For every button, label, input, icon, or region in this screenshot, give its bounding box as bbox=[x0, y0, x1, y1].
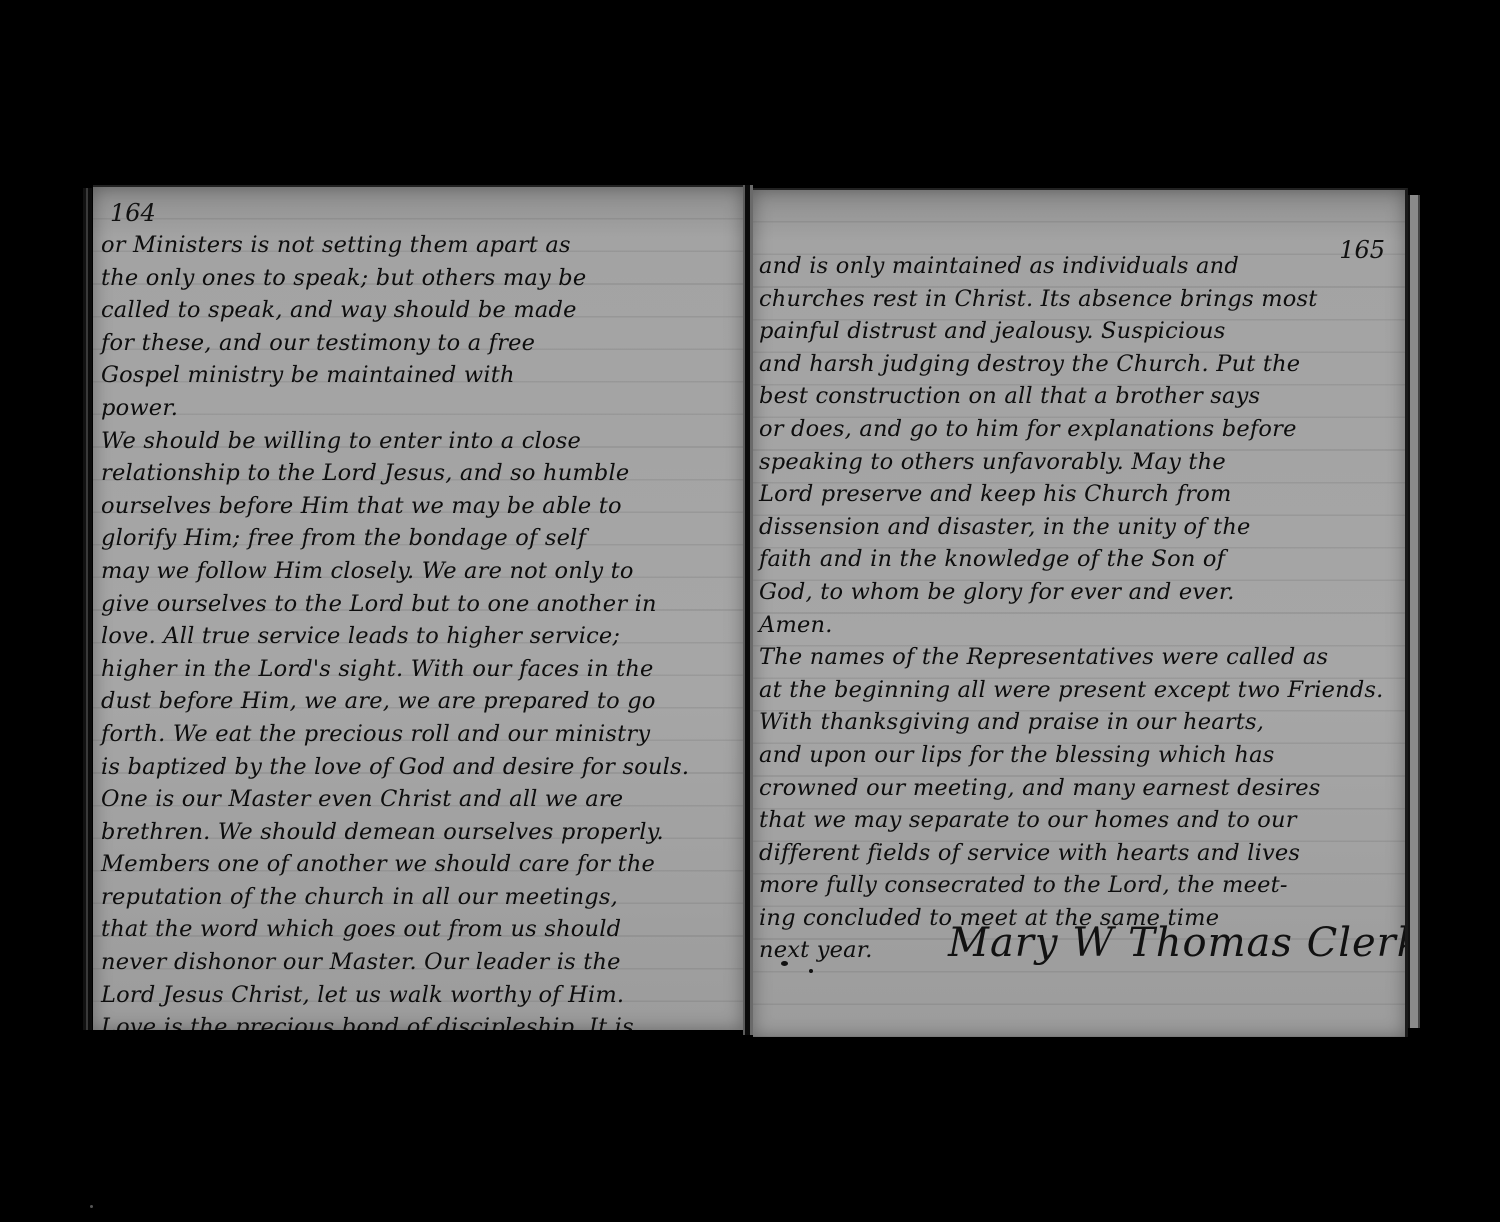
book-gutter bbox=[743, 185, 753, 1035]
text-line: and upon our lips for the blessing which… bbox=[759, 739, 1399, 772]
text-line: may we follow Him closely. We are not on… bbox=[101, 555, 737, 588]
text-line: or does, and go to him for explanations … bbox=[759, 413, 1399, 446]
text-line: churches rest in Christ. Its absence bri… bbox=[759, 283, 1399, 316]
text-line: called to speak, and way should be made bbox=[101, 294, 737, 327]
text-line: forth. We eat the precious roll and our … bbox=[101, 718, 737, 751]
text-line: Gospel ministry be maintained with bbox=[101, 359, 737, 392]
text-line: and is only maintained as individuals an… bbox=[759, 250, 1399, 283]
text-line: dust before Him, we are, we are prepared… bbox=[101, 685, 737, 718]
text-line: crowned our meeting, and many earnest de… bbox=[759, 772, 1399, 805]
text-line: give ourselves to the Lord but to one an… bbox=[101, 588, 737, 621]
clerk-signature: Mary W Thomas Clerk bbox=[948, 920, 1408, 966]
text-line: and harsh judging destroy the Church. Pu… bbox=[759, 348, 1399, 381]
ink-blot bbox=[781, 961, 788, 966]
text-line: relationship to the Lord Jesus, and so h… bbox=[101, 457, 737, 490]
text-line: Members one of another we should care fo… bbox=[101, 848, 737, 881]
text-line: Lord preserve and keep his Church from bbox=[759, 478, 1399, 511]
right-page-text: and is only maintained as individuals an… bbox=[759, 250, 1399, 967]
text-line: the only ones to speak; but others may b… bbox=[101, 262, 737, 295]
text-line: glorify Him; free from the bondage of se… bbox=[101, 522, 737, 555]
text-line: love. All true service leads to higher s… bbox=[101, 620, 737, 653]
scan-speck bbox=[90, 1205, 93, 1208]
ink-blot bbox=[809, 969, 813, 973]
text-line: never dishonor our Master. Our leader is… bbox=[101, 946, 737, 979]
text-line: With thanksgiving and praise in our hear… bbox=[759, 706, 1399, 739]
text-line: is baptized by the love of God and desir… bbox=[101, 751, 737, 784]
text-line: reputation of the church in all our meet… bbox=[101, 881, 737, 914]
text-line: different fields of service with hearts … bbox=[759, 837, 1399, 870]
text-line: brethren. We should demean ourselves pro… bbox=[101, 816, 737, 849]
text-line: faith and in the knowledge of the Son of bbox=[759, 543, 1399, 576]
book-binding-edge bbox=[83, 188, 92, 1030]
text-line: that we may separate to our homes and to… bbox=[759, 804, 1399, 837]
text-line: The names of the Representatives were ca… bbox=[759, 641, 1399, 674]
text-line: painful distrust and jealousy. Suspiciou… bbox=[759, 315, 1399, 348]
text-line: dissension and disaster, in the unity of… bbox=[759, 511, 1399, 544]
text-line: Lord Jesus Christ, let us walk worthy of… bbox=[101, 979, 737, 1012]
text-line: higher in the Lord's sight. With our fac… bbox=[101, 653, 737, 686]
text-line: speaking to others unfavorably. May the bbox=[759, 446, 1399, 479]
text-line: Amen. bbox=[759, 609, 1399, 642]
page-number-left: 164 bbox=[110, 199, 156, 227]
text-line: ourselves before Him that we may be able… bbox=[101, 490, 737, 523]
text-line: more fully consecrated to the Lord, the … bbox=[759, 869, 1399, 902]
text-line: God, to whom be glory for ever and ever. bbox=[759, 576, 1399, 609]
text-line: best construction on all that a brother … bbox=[759, 380, 1399, 413]
text-line: or Ministers is not setting them apart a… bbox=[101, 229, 737, 262]
right-page: 165 and is only maintained as individual… bbox=[753, 188, 1408, 1037]
text-line: that the word which goes out from us sho… bbox=[101, 913, 737, 946]
underlying-page-edge bbox=[1408, 195, 1420, 1028]
left-page-text: or Ministers is not setting them apart a… bbox=[101, 229, 737, 1030]
open-book-spread: 164 or Ministers is not setting them apa… bbox=[0, 0, 1500, 1222]
left-page: 164 or Ministers is not setting them apa… bbox=[93, 185, 743, 1030]
text-line: We should be willing to enter into a clo… bbox=[101, 425, 737, 458]
text-line: for these, and our testimony to a free bbox=[101, 327, 737, 360]
text-line: at the beginning all were present except… bbox=[759, 674, 1399, 707]
text-line: One is our Master even Christ and all we… bbox=[101, 783, 737, 816]
text-line: Love is the precious bond of discipleshi… bbox=[101, 1011, 737, 1030]
text-line: power. bbox=[101, 392, 737, 425]
